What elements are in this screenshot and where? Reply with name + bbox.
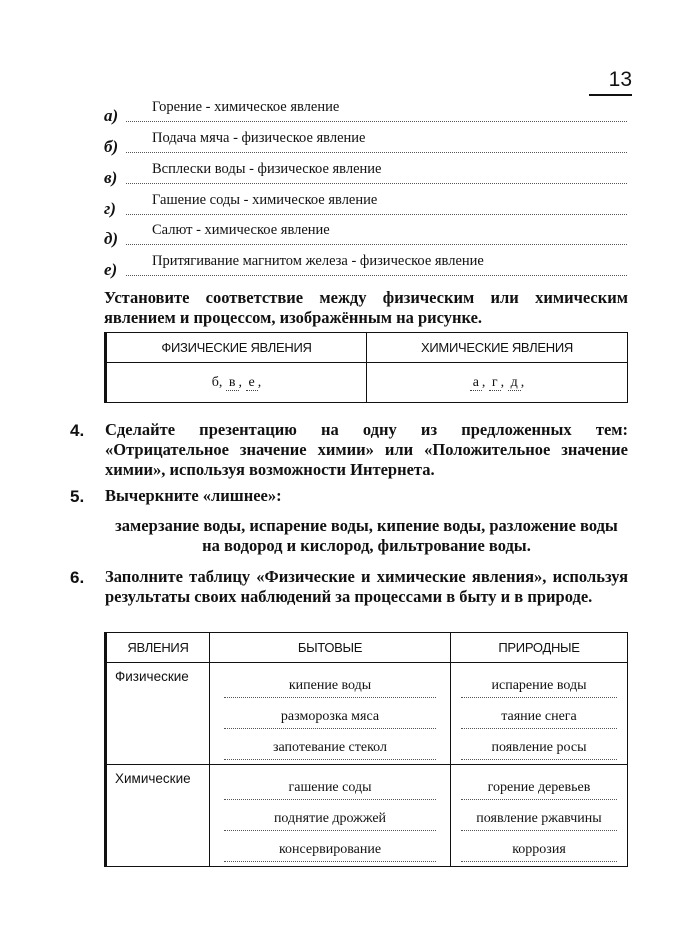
cell-entry[interactable]: консервирование	[224, 831, 436, 862]
household-chemical: гашение соды поднятие дрожжей консервиро…	[210, 765, 451, 867]
answer-letter: д)	[104, 229, 118, 249]
natural-physical: испарение воды таяние снега появление ро…	[451, 663, 628, 765]
answer-row-e: е) Притягивание магнитом железа - физиче…	[104, 250, 627, 276]
header-natural: ПРИРОДНЫЕ	[451, 633, 628, 663]
cell-entry[interactable]: коррозия	[461, 831, 617, 862]
answer-line	[126, 214, 627, 215]
cell-entry[interactable]: появление росы	[461, 729, 617, 760]
answer-line	[126, 244, 627, 245]
cell-entry[interactable]: горение деревьев	[461, 769, 617, 800]
answer-text: Горение - химическое явление	[152, 99, 339, 116]
answer-letter: б)	[104, 137, 118, 157]
category-chemical: Химические	[106, 765, 210, 867]
task5-text: Вычеркните «лишнее»:	[105, 486, 628, 506]
cell-entry[interactable]: появление ржавчины	[461, 800, 617, 831]
answer-text: Притягивание магнитом железа - физическо…	[152, 253, 484, 270]
answer-line	[126, 121, 627, 122]
answer-letter: е)	[104, 260, 117, 280]
answer-text: Подача мяча - физическое явление	[152, 130, 365, 147]
cell-entry[interactable]: испарение воды	[461, 667, 617, 698]
answer-row-a: а) Горение - химическое явление	[104, 96, 627, 122]
answer-letter: в)	[104, 168, 117, 188]
physical-fill[interactable]: е	[246, 375, 258, 391]
cell-entry[interactable]: таяние снега	[461, 698, 617, 729]
header-household: БЫТОВЫЕ	[210, 633, 451, 663]
table-row-physical: Физические кипение воды разморозка мяса …	[106, 663, 628, 765]
answer-row-v: в) Всплески воды - физическое явление	[104, 158, 627, 184]
answer-row-d: д) Салют - химическое явление	[104, 219, 627, 245]
chemical-fill[interactable]: а	[470, 375, 482, 391]
answer-text: Всплески воды - физическое явление	[152, 161, 381, 178]
cell-entry[interactable]: гашение соды	[224, 769, 436, 800]
answer-line	[126, 275, 627, 276]
physical-answers: б, в, е,	[106, 363, 367, 403]
task4-number: 4.	[70, 421, 84, 441]
household-physical: кипение воды разморозка мяса запотевание…	[210, 663, 451, 765]
chemical-answers: а, г, д,	[367, 363, 628, 403]
chemical-fill[interactable]: д	[508, 375, 521, 391]
header-physical: ФИЗИЧЕСКИЕ ЯВЛЕНИЯ	[106, 333, 367, 363]
answer-row-b: б) Подача мяча - физическое явление	[104, 127, 627, 153]
answer-line	[126, 183, 627, 184]
answer-text: Гашение соды - химическое явление	[152, 192, 377, 209]
answer-text: Салют - химическое явление	[152, 222, 330, 239]
answer-line	[126, 152, 627, 153]
match-instruction: Установите соответствие между физическим…	[104, 288, 628, 328]
header-phenomena: ЯВЛЕНИЯ	[106, 633, 210, 663]
answer-row-g: г) Гашение соды - химическое явление	[104, 189, 627, 215]
task5-number: 5.	[70, 487, 84, 507]
match-table: ФИЗИЧЕСКИЕ ЯВЛЕНИЯ ХИМИЧЕСКИЕ ЯВЛЕНИЯ б,…	[104, 332, 628, 403]
cell-entry[interactable]: поднятие дрожжей	[224, 800, 436, 831]
task5-list: замерзание воды, испарение воды, кипение…	[105, 516, 628, 556]
natural-chemical: горение деревьев появление ржавчины корр…	[451, 765, 628, 867]
physical-fill[interactable]: в	[226, 375, 239, 391]
page-number: 13	[590, 68, 632, 92]
cell-entry[interactable]: запотевание стекол	[224, 729, 436, 760]
task6-text: Заполните таблицу «Физические и химическ…	[105, 567, 628, 607]
task4-text: Сделайте презентацию на одну из предложе…	[105, 420, 628, 480]
cell-entry[interactable]: кипение воды	[224, 667, 436, 698]
physical-prefix: б,	[212, 375, 223, 390]
answer-letter: а)	[104, 106, 118, 126]
table-row-chemical: Химические гашение соды поднятие дрожжей…	[106, 765, 628, 867]
task6-number: 6.	[70, 568, 84, 588]
category-physical: Физические	[106, 663, 210, 765]
phenomena-table: ЯВЛЕНИЯ БЫТОВЫЕ ПРИРОДНЫЕ Физические кип…	[104, 632, 628, 867]
header-chemical: ХИМИЧЕСКИЕ ЯВЛЕНИЯ	[367, 333, 628, 363]
cell-entry[interactable]: разморозка мяса	[224, 698, 436, 729]
chemical-fill[interactable]: г	[489, 375, 501, 391]
answer-letter: г)	[104, 199, 116, 219]
